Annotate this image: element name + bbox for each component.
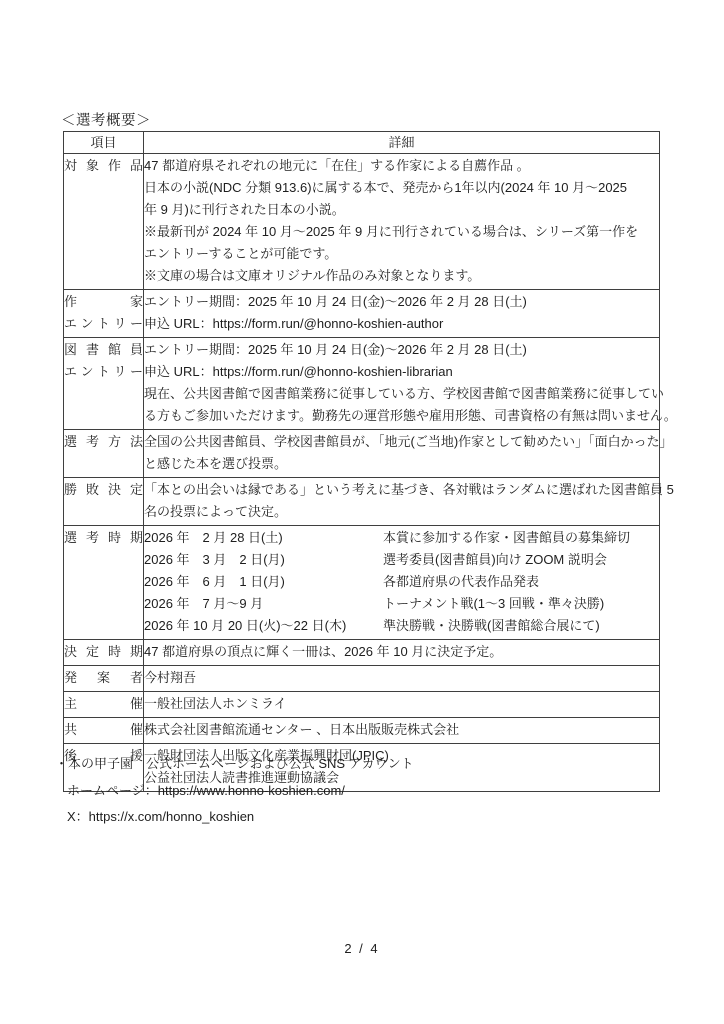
- row-label: 決定時期: [64, 640, 144, 666]
- schedule-date: 2026 年 7 月～9 月: [144, 593, 383, 615]
- page-number: 2 / 4: [0, 941, 724, 956]
- row-label-text: エントリー: [64, 313, 143, 335]
- table-header-detail: 詳細: [144, 132, 660, 154]
- row-librarian-entry: 図書館員 エントリー エントリー期間：2025 年 10 月 24 日(金)～2…: [64, 338, 660, 430]
- row-label: 対象作品: [64, 154, 144, 290]
- schedule-line: 2026 年 7 月～9 月 トーナメント戦(1～3 回戦・準々決勝): [144, 593, 659, 615]
- schedule-event: トーナメント戦(1～3 回戦・準々決勝): [383, 593, 604, 615]
- x-account-url: X：https://x.com/honno_koshien: [55, 804, 414, 831]
- row-selection-schedule: 選考時期 2026 年 2 月 28 日(土) 本賞に参加する作家・図書館員の募…: [64, 526, 660, 640]
- schedule-event: 選考委員(図書館員)向け ZOOM 説明会: [383, 549, 607, 571]
- schedule-date: 2026 年 2 月 28 日(土): [144, 527, 383, 549]
- row-label-text: 発案者: [64, 667, 143, 689]
- schedule-line: 2026 年 6 月 1 日(月) 各都道府県の代表作品発表: [144, 571, 659, 593]
- row-label: 選考時期: [64, 526, 144, 640]
- row-label-text: 共催: [64, 719, 143, 741]
- row-label-text: 選考方法: [64, 431, 143, 453]
- row-content: 「本との出会いは縁である」という考えに基づき、各対戦はランダムに選ばれた図書館員…: [144, 478, 660, 526]
- row-label-text: エントリー: [64, 361, 143, 383]
- schedule-event: 準決勝戦・決勝戦(図書館総合展にて): [383, 615, 600, 637]
- table-header-item: 項目: [64, 132, 144, 154]
- row-label: 作家 エントリー: [64, 290, 144, 338]
- schedule-date: 2026 年 3 月 2 日(月): [144, 549, 383, 571]
- row-content: 今村翔吾: [144, 666, 660, 692]
- row-label-text: 対象作品: [64, 155, 143, 177]
- row-content: 一般社団法人ホンミライ: [144, 692, 660, 718]
- row-author-entry: 作家 エントリー エントリー期間：2025 年 10 月 24 日(金)～202…: [64, 290, 660, 338]
- row-label-text: 図書館員: [64, 339, 143, 361]
- row-label: 共催: [64, 718, 144, 744]
- row-organizer: 主催 一般社団法人ホンミライ: [64, 692, 660, 718]
- row-content: 株式会社図書館流通センター 、日本出版販売株式会社: [144, 718, 660, 744]
- selection-overview-table: 項目 詳細 対象作品 47 都道府県それぞれの地元に「在住」する作家による自薦作…: [63, 131, 660, 792]
- row-label-text: 勝敗決定: [64, 479, 143, 501]
- row-content: 2026 年 2 月 28 日(土) 本賞に参加する作家・図書館員の募集締切 2…: [144, 526, 660, 640]
- page-title: ＜選考概要＞: [61, 109, 151, 130]
- row-label-text: 作家: [64, 291, 143, 313]
- row-content: 47 都道府県それぞれの地元に「在住」する作家による自薦作品 。日本の小説(ND…: [144, 154, 660, 290]
- row-label-text: 主催: [64, 693, 143, 715]
- row-content: エントリー期間：2025 年 10 月 24 日(金)～2026 年 2 月 2…: [144, 338, 660, 430]
- row-label: 選考方法: [64, 430, 144, 478]
- row-label: 発案者: [64, 666, 144, 692]
- row-label: 主催: [64, 692, 144, 718]
- row-label: 勝敗決定: [64, 478, 144, 526]
- row-content: エントリー期間：2025 年 10 月 24 日(金)～2026 年 2 月 2…: [144, 290, 660, 338]
- row-label: 図書館員 エントリー: [64, 338, 144, 430]
- schedule-date: 2026 年 10 月 20 日(火)～22 日(木): [144, 615, 383, 637]
- sns-heading: ・本の甲子園 公式ホームページおよび公式 SNS アカウント: [55, 751, 414, 778]
- row-label-text: 選考時期: [64, 527, 143, 549]
- row-content: 47 都道府県の頂点に輝く一冊は、2026 年 10 月に決定予定。: [144, 640, 660, 666]
- table-header-row: 項目 詳細: [64, 132, 660, 154]
- row-content: 全国の公共図書館員、学校図書館員が、「地元(ご当地)作家として勧めたい」「面白か…: [144, 430, 660, 478]
- schedule-date: 2026 年 6 月 1 日(月): [144, 571, 383, 593]
- schedule-line: 2026 年 3 月 2 日(月) 選考委員(図書館員)向け ZOOM 説明会: [144, 549, 659, 571]
- row-co-organizer: 共催 株式会社図書館流通センター 、日本出版販売株式会社: [64, 718, 660, 744]
- schedule-event: 本賞に参加する作家・図書館員の募集締切: [383, 527, 630, 549]
- official-links-section: ・本の甲子園 公式ホームページおよび公式 SNS アカウント ホームページ：ht…: [55, 751, 414, 831]
- row-label-text: 決定時期: [64, 641, 143, 663]
- schedule-line: 2026 年 2 月 28 日(土) 本賞に参加する作家・図書館員の募集締切: [144, 527, 659, 549]
- row-target-works: 対象作品 47 都道府県それぞれの地元に「在住」する作家による自薦作品 。日本の…: [64, 154, 660, 290]
- row-result-decision: 勝敗決定 「本との出会いは縁である」という考えに基づき、各対戦はランダムに選ばれ…: [64, 478, 660, 526]
- row-proposer: 発案者 今村翔吾: [64, 666, 660, 692]
- row-selection-method: 選考方法 全国の公共図書館員、学校図書館員が、「地元(ご当地)作家として勧めたい…: [64, 430, 660, 478]
- row-decision-time: 決定時期 47 都道府県の頂点に輝く一冊は、2026 年 10 月に決定予定。: [64, 640, 660, 666]
- homepage-url: ホームページ：https://www.honno-koshien.com/: [55, 778, 414, 805]
- schedule-line: 2026 年 10 月 20 日(火)～22 日(木) 準決勝戦・決勝戦(図書館…: [144, 615, 659, 637]
- schedule-event: 各都道府県の代表作品発表: [383, 571, 539, 593]
